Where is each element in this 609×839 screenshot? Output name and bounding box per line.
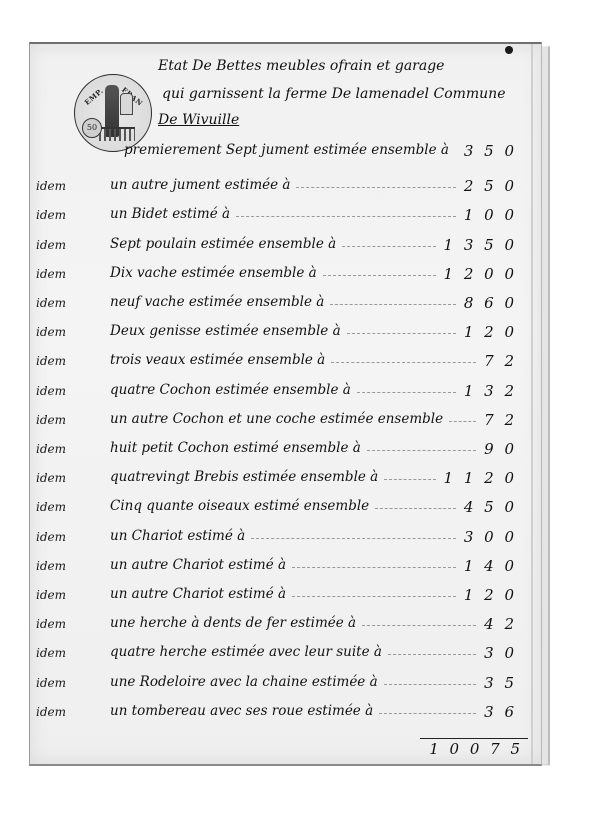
ink-blot [505, 46, 513, 54]
leader-dashes [331, 362, 476, 364]
item-description: un Bidet estimé à [110, 206, 230, 222]
item-amount: 3 5 [484, 674, 517, 692]
stamp-tablet-icon [120, 93, 133, 115]
item-amount: 1 3 2 [464, 382, 517, 400]
item-description: quatre Cochon estimée ensemble à [110, 382, 351, 398]
item-amount: 1 2 0 [464, 586, 517, 604]
leader-dashes [251, 538, 456, 540]
list-item: premierement Sept jument estimée ensembl… [30, 144, 541, 170]
item-description: trois veaux estimée ensemble à [110, 352, 325, 368]
list-item: idemDix vache estimée ensemble à1 2 0 0 [30, 267, 541, 293]
list-item: idemune herche à dents de fer estimée à4… [30, 617, 541, 643]
leader-dashes [323, 275, 436, 277]
item-amount: 1 2 0 [464, 323, 517, 341]
total-amount: 1 0 0 7 5 [429, 740, 523, 758]
item-description: un autre Chariot estimé à [110, 557, 286, 573]
item-description: Sept poulain estimée ensemble à [110, 236, 336, 252]
list-item: idemquatrevingt Brebis estimée ensemble … [30, 471, 541, 497]
margin-idem: idem [36, 705, 66, 719]
title-line-1: Etat De Bettes meubles ofrain et garage [158, 58, 444, 74]
leader-dashes [347, 333, 456, 335]
item-description: un tombereau avec ses roue estimée à [110, 703, 373, 719]
item-description: premierement Sept jument estimée ensembl… [124, 142, 449, 158]
item-description: un Chariot estimé à [110, 528, 245, 544]
item-amount: 7 2 [484, 352, 517, 370]
margin-idem: idem [36, 238, 66, 252]
leader-dashes [384, 684, 476, 686]
leader-dashes [384, 479, 436, 481]
item-description: quatrevingt Brebis estimée ensemble à [110, 469, 378, 485]
leader-dashes [342, 246, 436, 248]
item-amount: 9 0 [484, 440, 517, 458]
title-line-2: qui garnissent la ferme De lamenadel Com… [162, 86, 506, 102]
list-item: idemun autre Cochon et une coche estimée… [30, 413, 541, 439]
list-item: idemneuf vache estimée ensemble à8 6 0 [30, 296, 541, 322]
item-amount: 3 5 0 [464, 142, 517, 160]
item-amount: 3 0 [484, 644, 517, 662]
margin-idem: idem [36, 179, 66, 193]
margin-idem: idem [36, 267, 66, 281]
title-line-3: De Wivuille [158, 112, 239, 128]
leader-dashes [296, 187, 456, 189]
margin-idem: idem [36, 646, 66, 660]
list-item: idemquatre Cochon estimée ensemble à1 3 … [30, 384, 541, 410]
margin-idem: idem [36, 588, 66, 602]
item-description: quatre herche estimée avec leur suite à [110, 644, 382, 660]
margin-idem: idem [36, 442, 66, 456]
leader-dashes [292, 596, 456, 598]
item-description: une Rodeloire avec la chaine estimée à [110, 674, 378, 690]
list-item: idemune Rodeloire avec la chaine estimée… [30, 676, 541, 702]
list-item: idemtrois veaux estimée ensemble à7 2 [30, 354, 541, 380]
item-description: Deux genisse estimée ensemble à [110, 323, 341, 339]
margin-idem: idem [36, 530, 66, 544]
leader-dashes [367, 450, 476, 452]
list-item: idemCinq quante oiseaux estimé ensemble4… [30, 500, 541, 526]
margin-idem: idem [36, 471, 66, 485]
item-description: huit petit Cochon estimé ensemble à [110, 440, 361, 456]
stamp-base-icon [99, 127, 135, 141]
item-description: Cinq quante oiseaux estimé ensemble [110, 498, 369, 514]
list-item: idemDeux genisse estimée ensemble à1 2 0 [30, 325, 541, 351]
item-amount: 3 0 0 [464, 528, 517, 546]
margin-idem: idem [36, 413, 66, 427]
total-rule [420, 738, 528, 739]
margin-idem: idem [36, 208, 66, 222]
tax-stamp-icon: EMP. FRAN 50 [74, 74, 152, 152]
list-item: idemun autre Chariot estimé à1 4 0 [30, 559, 541, 585]
item-description: Dix vache estimée ensemble à [110, 265, 317, 281]
list-item: idemun Bidet estimé à1 0 0 [30, 208, 541, 234]
leader-dashes [357, 392, 456, 394]
item-amount: 4 2 [484, 615, 517, 633]
margin-idem: idem [36, 354, 66, 368]
item-amount: 1 0 0 [464, 206, 517, 224]
list-item: idemun autre jument estimée à2 5 0 [30, 179, 541, 205]
item-amount: 1 2 0 0 [444, 265, 517, 283]
item-amount: 1 3 5 0 [444, 236, 517, 254]
item-amount: 3 6 [484, 703, 517, 721]
item-amount: 1 4 0 [464, 557, 517, 575]
item-amount: 1 1 2 0 [444, 469, 517, 487]
list-item: idemun Chariot estimé à3 0 0 [30, 530, 541, 556]
list-item: idemhuit petit Cochon estimé ensemble à9… [30, 442, 541, 468]
item-description: un autre jument estimée à [110, 177, 290, 193]
leader-dashes [236, 216, 456, 218]
list-item: idemquatre herche estimée avec leur suit… [30, 646, 541, 672]
margin-idem: idem [36, 559, 66, 573]
list-item: idemSept poulain estimée ensemble à1 3 5… [30, 238, 541, 264]
margin-idem: idem [36, 325, 66, 339]
item-amount: 8 6 0 [464, 294, 517, 312]
leader-dashes [449, 421, 476, 423]
margin-idem: idem [36, 500, 66, 514]
item-amount: 4 5 0 [464, 498, 517, 516]
item-amount: 7 2 [484, 411, 517, 429]
list-item: idemun tombereau avec ses roue estimée à… [30, 705, 541, 731]
item-amount: 2 5 0 [464, 177, 517, 195]
list-item: idemun autre Chariot estimé à1 2 0 [30, 588, 541, 614]
margin-idem: idem [36, 617, 66, 631]
stamp-value: 50 [82, 118, 102, 138]
margin-idem: idem [36, 296, 66, 310]
leader-dashes [379, 713, 476, 715]
manuscript-page: EMP. FRAN 50 Etat De Bettes meubles ofra… [29, 42, 542, 766]
leader-dashes [362, 625, 476, 627]
leader-dashes [330, 304, 456, 306]
item-description: un autre Chariot estimé à [110, 586, 286, 602]
leader-dashes [292, 567, 456, 569]
item-description: une herche à dents de fer estimée à [110, 615, 356, 631]
leader-dashes [388, 654, 476, 656]
margin-idem: idem [36, 384, 66, 398]
margin-idem: idem [36, 676, 66, 690]
stamp-left-text: EMP. [83, 86, 105, 107]
item-description: neuf vache estimée ensemble à [110, 294, 324, 310]
leader-dashes [375, 508, 456, 510]
item-description: un autre Cochon et une coche estimée ens… [110, 411, 443, 427]
